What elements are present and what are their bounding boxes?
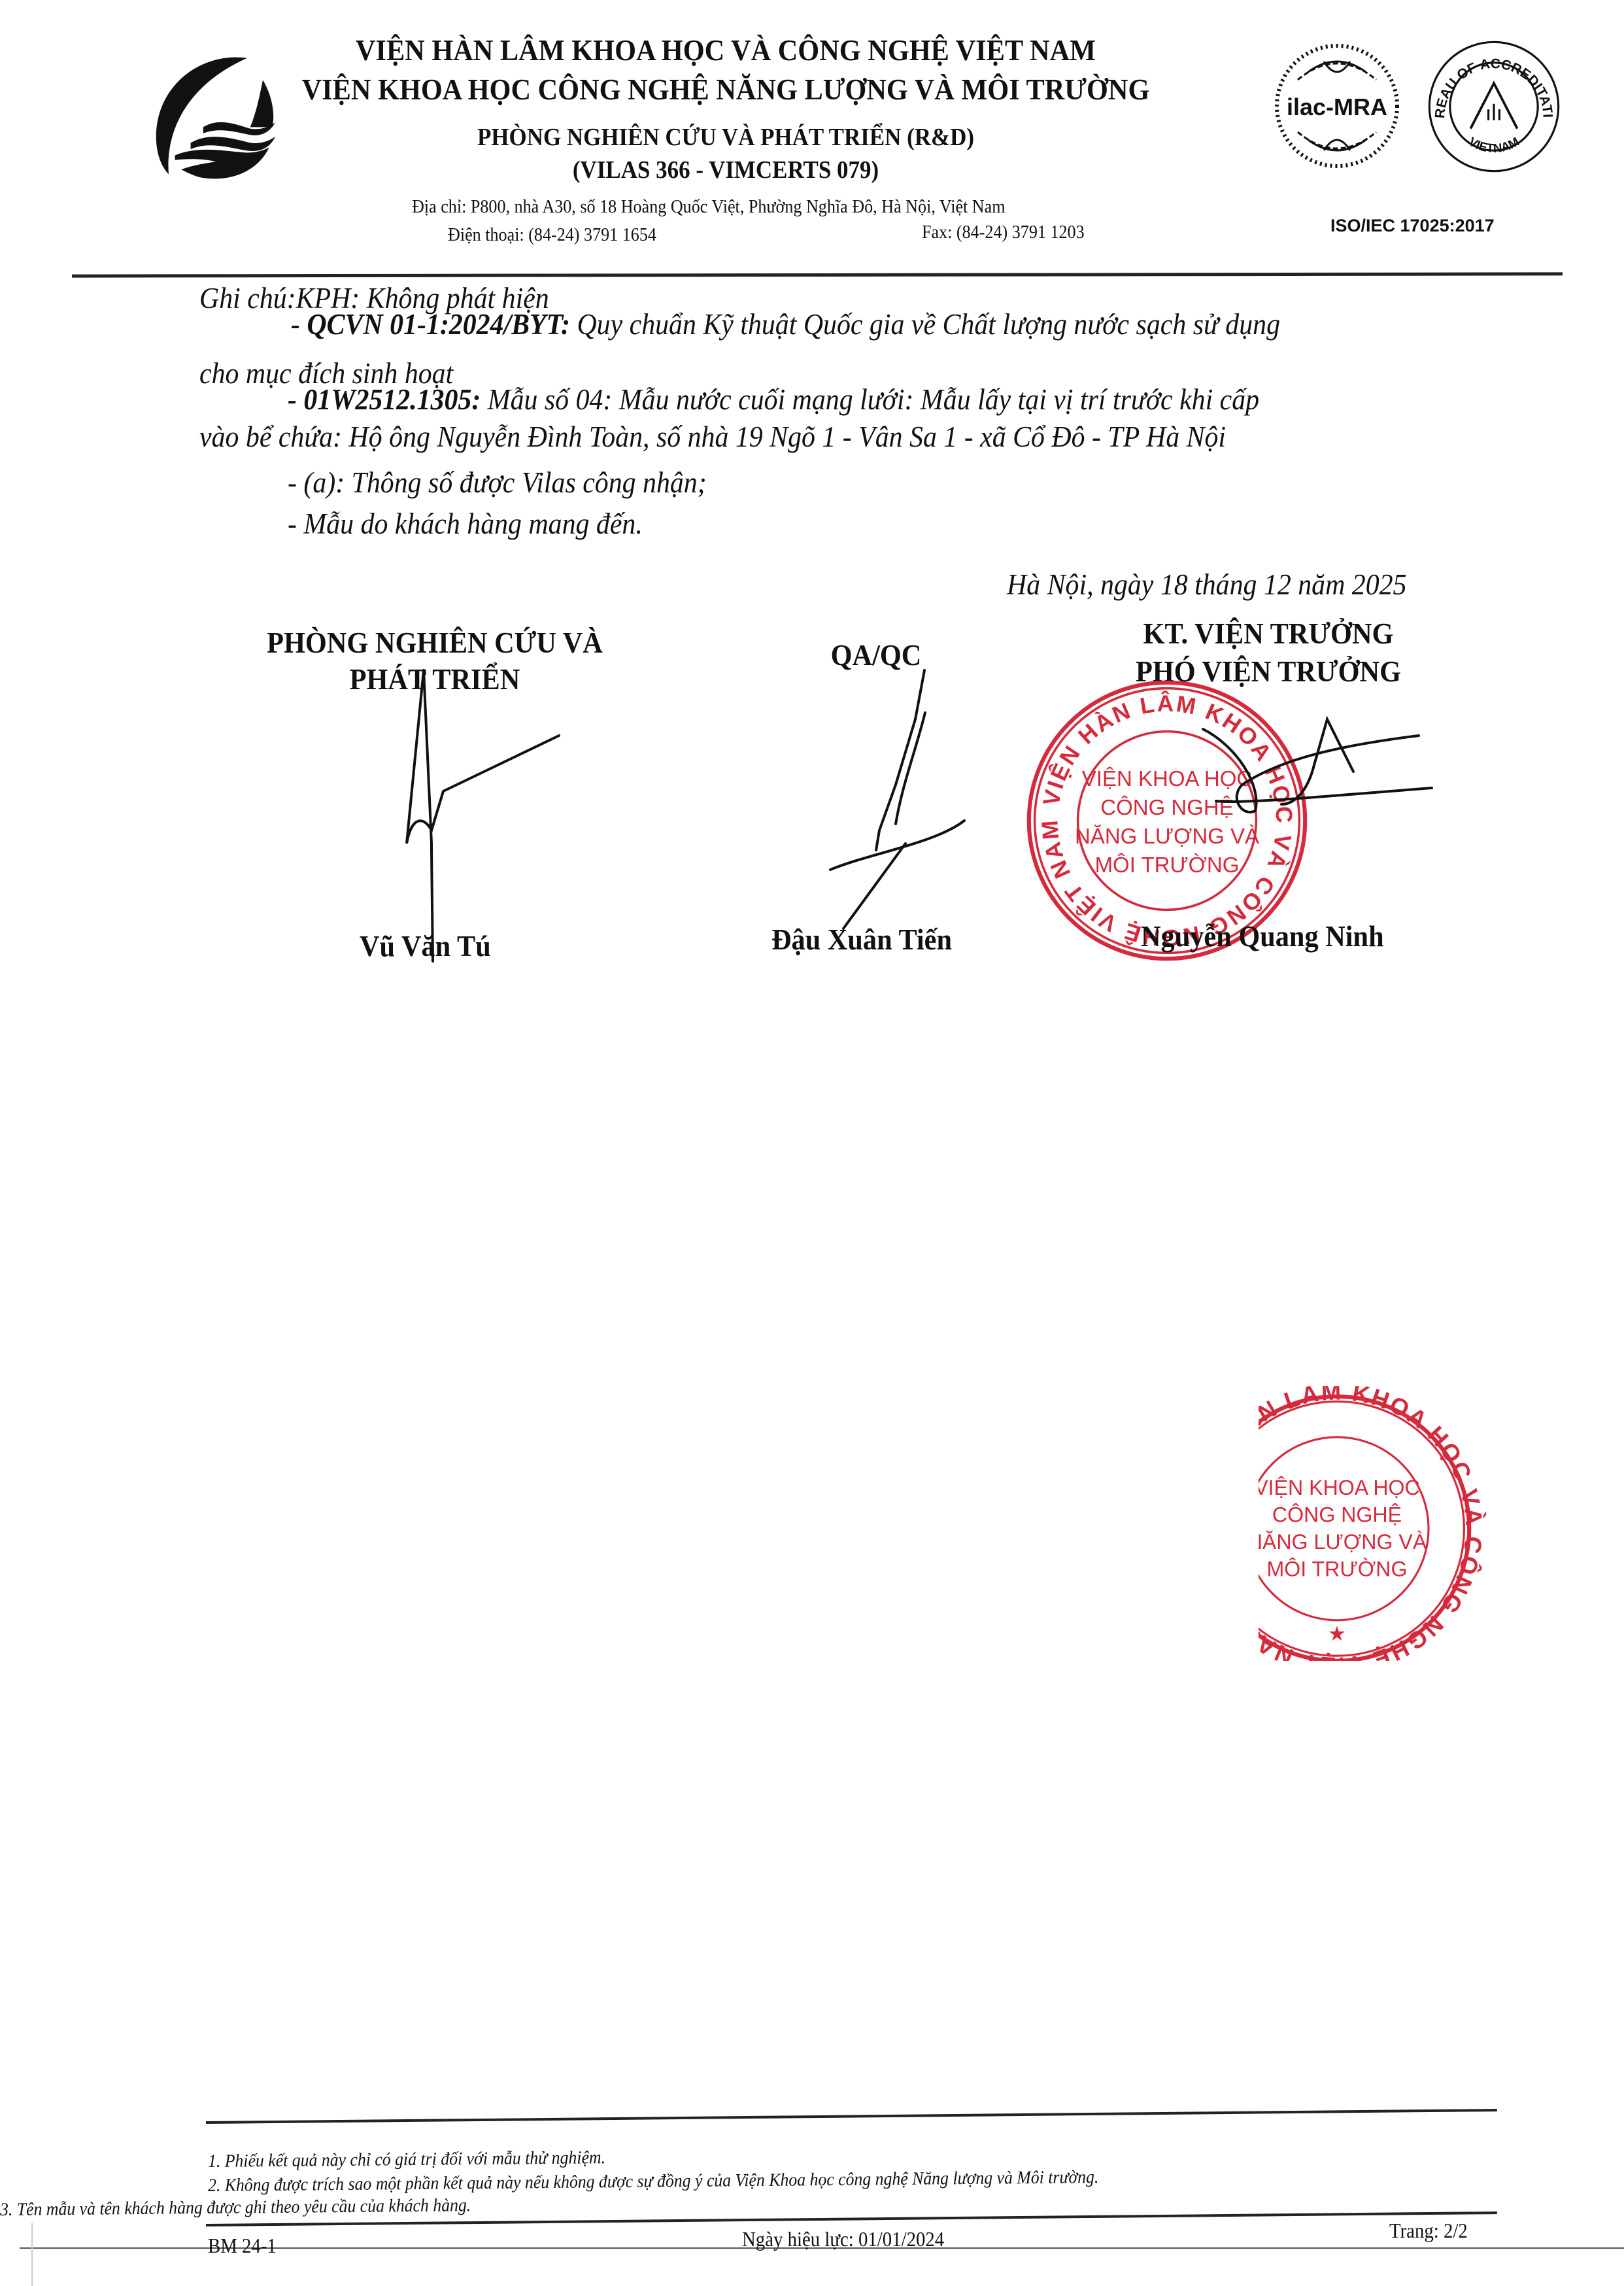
footer-note: 2. Không được trích sao một phần kết quả…	[208, 2167, 1099, 2196]
phone-number: Điện thoại: (84-24) 3791 1654	[448, 224, 656, 246]
ilac-mra-logo-icon: ilac-MRA	[1272, 41, 1402, 171]
institute-name: VIỆN KHOA HỌC CÔNG NGHỆ NĂNG LƯỢNG VÀ MÔ…	[233, 72, 1219, 107]
academy-name: VIỆN HÀN LÂM KHOA HỌC VÀ CÔNG NGHỆ VIỆT …	[275, 33, 1177, 67]
svg-text:MÔI TRƯỜNG: MÔI TRƯỜNG	[1266, 1557, 1407, 1580]
note-qcvn: - QCVN 01-1:2024/BYT: Quy chuẩn Kỹ thuật…	[291, 307, 1280, 341]
form-code: BM 24-1	[208, 2234, 277, 2258]
rd-signatory-title: PHÒNG NGHIÊN CỨU VÀ PHÁT TRIỂN	[248, 624, 621, 698]
qcvn-code: - QCVN 01-1:2024/BYT:	[291, 308, 570, 341]
footer-divider-top	[206, 2109, 1497, 2124]
iso-standard-label: ISO/IEC 17025:2017	[1330, 216, 1495, 236]
svg-text:VIETNAM: VIETNAM	[1466, 135, 1521, 156]
issue-date: Hà Nội, ngày 18 tháng 12 năm 2025	[1007, 568, 1406, 602]
signature-dau-xuan-tien	[830, 670, 964, 929]
qaqc-signatory-title: QA/QC	[804, 638, 949, 672]
note-vilas: - (a): Thông số được Vilas công nhận;	[288, 466, 707, 500]
svg-text:CÔNG NGHỆ: CÔNG NGHỆ	[1272, 1503, 1402, 1526]
rd-signatory-name: Vũ Văn Tú	[360, 929, 491, 963]
seam-stamp: VIỆN HÀN LÂM KHOA HỌC VÀ CÔNG NGHỆ VIỆT …	[1259, 1386, 1507, 1661]
certification-codes: (VILAS 366 - VIMCERTS 079)	[275, 156, 1177, 184]
svg-text:NĂNG LƯỢNG VÀ: NĂNG LƯỢNG VÀ	[1259, 1530, 1427, 1554]
svg-text:VIỆN KHOA HỌC: VIỆN KHOA HỌC	[1082, 766, 1252, 791]
signature-vu-van-tu	[407, 670, 559, 961]
sample-text: Mẫu số 04: Mẫu nước cuối mạng lưới: Mẫu …	[481, 383, 1259, 416]
qcvn-text: Quy chuẩn Kỹ thuật Quốc gia về Chất lượn…	[570, 308, 1280, 341]
svg-text:CÔNG NGHỆ: CÔNG NGHỆ	[1100, 795, 1234, 819]
footer-note: 1. Phiếu kết quả này chỉ có giá trị đối …	[208, 2147, 605, 2172]
effective-date: Ngày hiệu lực: 01/01/2024	[742, 2227, 944, 2251]
header-divider	[72, 272, 1563, 277]
note-sample-continued: vào bể chứa: Hộ ông Nguyễn Đình Toàn, số…	[199, 420, 1226, 454]
svg-text:★: ★	[1328, 1622, 1346, 1646]
qaqc-signatory-name: Đậu Xuân Tiến	[771, 922, 952, 957]
svg-text:VIỆN KHOA HỌC: VIỆN KHOA HỌC	[1259, 1476, 1420, 1499]
footer-note: 3. Tên mẫu và tên khách hàng được ghi th…	[0, 2195, 471, 2221]
address: Địa chỉ: P800, nhà A30, số 18 Hoàng Quốc…	[412, 196, 1118, 218]
page-number: Trang: 2/2	[1389, 2219, 1468, 2243]
svg-text:MÔI TRƯỜNG: MÔI TRƯỜNG	[1095, 853, 1240, 877]
bureau-of-accreditation-logo-icon: BUREAU OF ACCREDITATION VIETNAM	[1425, 38, 1563, 175]
signature-strokes	[0, 0, 1624, 2286]
director-signatory-name: Nguyễn Quang Ninh	[1141, 919, 1384, 953]
scan-edge-line	[31, 2223, 33, 2286]
svg-text:BUREAU OF ACCREDITATION: BUREAU OF ACCREDITATION	[1425, 38, 1555, 119]
note-sample: - 01W2512.1305: Mẫu số 04: Mẫu nước cuối…	[288, 383, 1259, 417]
sample-code: - 01W2512.1305:	[288, 383, 481, 416]
seam-stamp-icon: VIỆN HÀN LÂM KHOA HỌC VÀ CÔNG NGHỆ VIỆT …	[1259, 1386, 1507, 1661]
svg-text:NĂNG LƯỢNG VÀ: NĂNG LƯỢNG VÀ	[1075, 824, 1259, 848]
department-name: PHÒNG NGHIÊN CỨU VÀ PHÁT TRIỂN (R&D)	[275, 123, 1177, 152]
institute-logo-icon	[137, 39, 294, 196]
svg-text:ilac-MRA: ilac-MRA	[1287, 94, 1387, 120]
svg-text:VIỆN HÀN LÂM KHOA HỌC VÀ CÔNG: VIỆN HÀN LÂM KHOA HỌC VÀ CÔNG NGHỆ VIỆT …	[1037, 691, 1296, 951]
note-client-sample: - Mẫu do khách hàng mang đến.	[288, 507, 643, 541]
fax-number: Fax: (84-24) 3791 1203	[922, 222, 1085, 243]
